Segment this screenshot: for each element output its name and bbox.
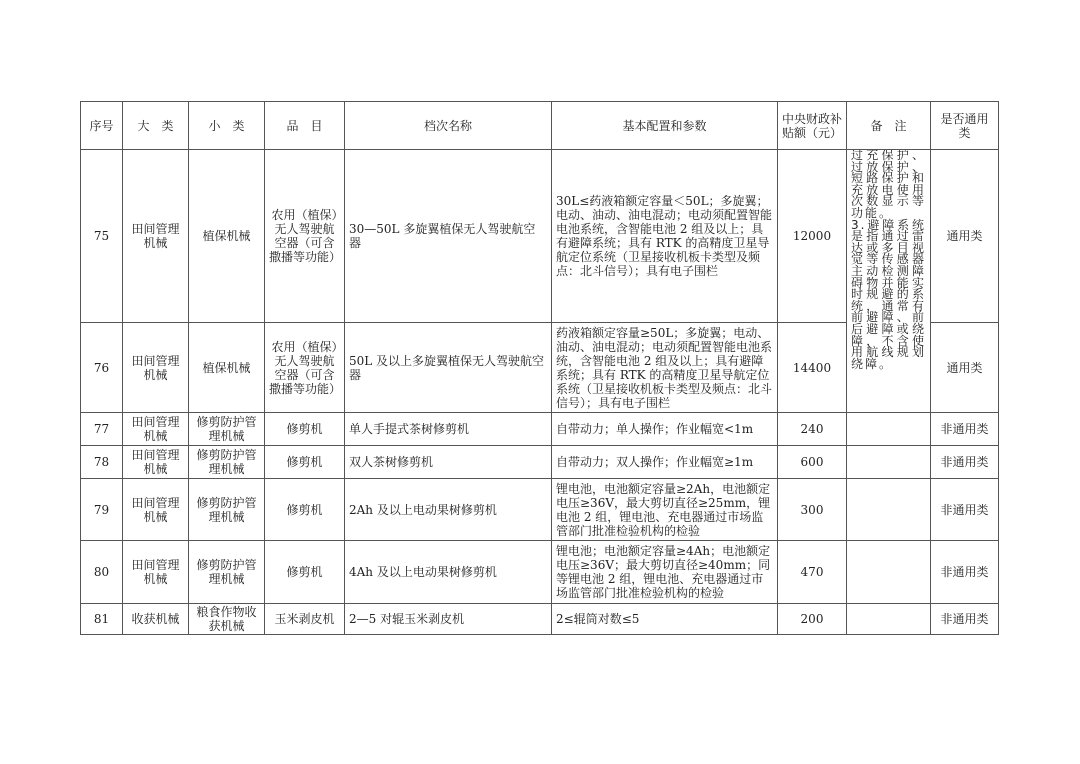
cell-remark <box>847 604 931 635</box>
table-row: 78 田间管理机械 修剪防护管理机械 修剪机 双人茶树修剪机 自带动力；双人操作… <box>81 446 999 479</box>
cell-general: 非通用类 <box>931 413 999 446</box>
table-row: 77 田间管理机械 修剪防护管理机械 修剪机 单人手提式茶树修剪机 自带动力；单… <box>81 413 999 446</box>
cell-minor: 植保机械 <box>189 323 265 413</box>
cell-general: 非通用类 <box>931 541 999 604</box>
header-subsidy: 中央财政补贴额（元） <box>778 102 847 150</box>
cell-remark <box>847 413 931 446</box>
header-minor-category: 小 类 <box>189 102 265 150</box>
cell-config: 药液箱额定容量≥50L；多旋翼；电动、油动、油电混动；电动须配置智能电池系统，含… <box>552 323 778 413</box>
table-row: 75 田间管理机械 植保机械 农用（植保）无人驾驶航空器（可含撒播等功能） 30… <box>81 150 999 323</box>
subsidy-table: 序号 大 类 小 类 品 目 档次名称 基本配置和参数 中央财政补贴额（元） 备… <box>80 101 999 635</box>
header-general: 是否通用类 <box>931 102 999 150</box>
cell-subsidy: 470 <box>778 541 847 604</box>
table-row: 80 田间管理机械 修剪防护管理机械 修剪机 4Ah 及以上电动果树修剪机 锂电… <box>81 541 999 604</box>
cell-subsidy: 12000 <box>778 150 847 323</box>
cell-major: 田间管理机械 <box>123 541 189 604</box>
cell-grade-name: 4Ah 及以上电动果树修剪机 <box>345 541 552 604</box>
cell-remark <box>847 541 931 604</box>
cell-general: 通用类 <box>931 323 999 413</box>
cell-minor: 修剪防护管理机械 <box>189 541 265 604</box>
cell-item: 修剪机 <box>265 413 345 446</box>
cell-major: 田间管理机械 <box>123 413 189 446</box>
cell-item: 农用（植保）无人驾驶航空器（可含撒播等功能） <box>265 150 345 323</box>
cell-seq: 75 <box>81 150 123 323</box>
cell-config: 30L≤药液箱额定容量＜50L；多旋翼；电动、油动、油电混动；电动须配置智能电池… <box>552 150 778 323</box>
cell-grade-name: 30—50L 多旋翼植保无人驾驶航空器 <box>345 150 552 323</box>
header-row: 序号 大 类 小 类 品 目 档次名称 基本配置和参数 中央财政补贴额（元） 备… <box>81 102 999 150</box>
cell-general: 非通用类 <box>931 604 999 635</box>
cell-subsidy: 300 <box>778 479 847 541</box>
cell-grade-name: 2Ah 及以上电动果树修剪机 <box>345 479 552 541</box>
cell-grade-name: 50L 及以上多旋翼植保无人驾驶航空器 <box>345 323 552 413</box>
cell-item: 修剪机 <box>265 446 345 479</box>
cell-item: 修剪机 <box>265 479 345 541</box>
cell-grade-name: 单人手提式茶树修剪机 <box>345 413 552 446</box>
cell-grade-name: 双人茶树修剪机 <box>345 446 552 479</box>
cell-major: 田间管理机械 <box>123 150 189 323</box>
cell-seq: 81 <box>81 604 123 635</box>
header-seq: 序号 <box>81 102 123 150</box>
cell-item: 农用（植保）无人驾驶航空器（可含撒播等功能） <box>265 323 345 413</box>
cell-subsidy: 14400 <box>778 323 847 413</box>
cell-major: 收获机械 <box>123 604 189 635</box>
cell-major: 田间管理机械 <box>123 446 189 479</box>
header-item: 品 目 <box>265 102 345 150</box>
cell-major: 田间管理机械 <box>123 479 189 541</box>
cell-general: 非通用类 <box>931 479 999 541</box>
cell-subsidy: 240 <box>778 413 847 446</box>
cell-config: 锂电池，电池额定容量≥2Ah，电池额定电压≥36V，最大剪切直径≥25mm，锂电… <box>552 479 778 541</box>
cell-general: 通用类 <box>931 150 999 323</box>
cell-seq: 76 <box>81 323 123 413</box>
cell-remark <box>847 446 931 479</box>
header-remark: 备 注 <box>847 102 931 150</box>
cell-seq: 78 <box>81 446 123 479</box>
cell-config: 自带动力；双人操作；作业幅宽≥1m <box>552 446 778 479</box>
header-config: 基本配置和参数 <box>552 102 778 150</box>
cell-config: 自带动力；单人操作；作业幅宽<1m <box>552 413 778 446</box>
table-row: 79 田间管理机械 修剪防护管理机械 修剪机 2Ah 及以上电动果树修剪机 锂电… <box>81 479 999 541</box>
cell-remark <box>847 479 931 541</box>
cell-major: 田间管理机械 <box>123 323 189 413</box>
header-grade-name: 档次名称 <box>345 102 552 150</box>
cell-subsidy: 600 <box>778 446 847 479</box>
cell-grade-name: 2—5 对辊玉米剥皮机 <box>345 604 552 635</box>
cell-config: 锂电池；电池额定容量≥4Ah；电池额定电压≥36V；最大剪切直径≥40mm；同等… <box>552 541 778 604</box>
cell-minor: 修剪防护管理机械 <box>189 413 265 446</box>
cell-minor: 修剪防护管理机械 <box>189 446 265 479</box>
cell-minor: 粮食作物收获机械 <box>189 604 265 635</box>
cell-general: 非通用类 <box>931 446 999 479</box>
cell-remark-merged: 过充保护、过放保护、短路保护和充放电使用次数显示等功能。 3.避障系统是指通过雷… <box>847 150 931 413</box>
cell-minor: 植保机械 <box>189 150 265 323</box>
cell-item: 修剪机 <box>265 541 345 604</box>
cell-subsidy: 200 <box>778 604 847 635</box>
cell-config: 2≤辊筒对数≤5 <box>552 604 778 635</box>
cell-seq: 79 <box>81 479 123 541</box>
cell-minor: 修剪防护管理机械 <box>189 479 265 541</box>
cell-item: 玉米剥皮机 <box>265 604 345 635</box>
cell-seq: 80 <box>81 541 123 604</box>
cell-seq: 77 <box>81 413 123 446</box>
table-row: 81 收获机械 粮食作物收获机械 玉米剥皮机 2—5 对辊玉米剥皮机 2≤辊筒对… <box>81 604 999 635</box>
header-major-category: 大 类 <box>123 102 189 150</box>
